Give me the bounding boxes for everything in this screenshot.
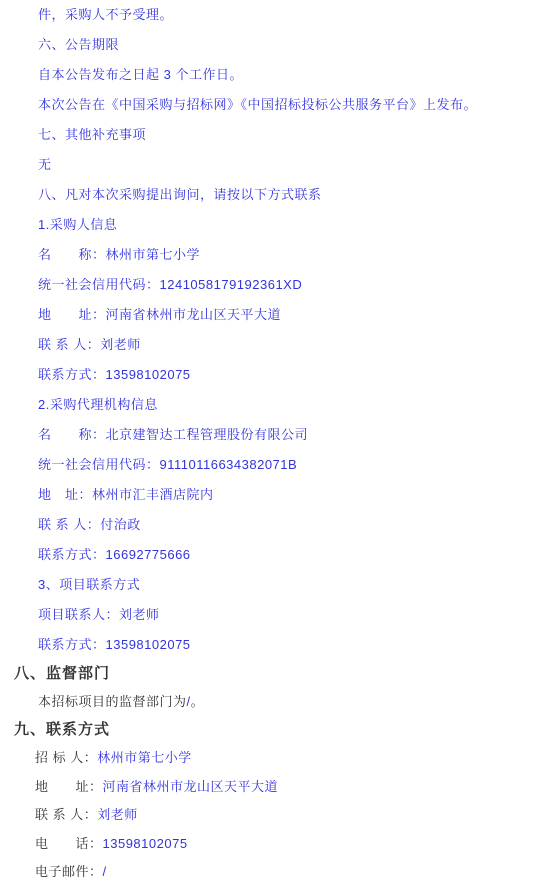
address-row: 地 址：河南省林州市龙山区天平大道 <box>0 773 552 802</box>
address-value: 河南省林州市龙山区天平大道 <box>103 779 279 794</box>
email-label: 电子邮件： <box>35 864 103 879</box>
purchaser-name-line: 名 称：林州市第七小学 <box>0 240 552 270</box>
phone-label: 电 话： <box>35 836 103 851</box>
email-value: / <box>103 864 107 879</box>
tenderer-value: 林州市第七小学 <box>97 750 192 765</box>
purchaser-contact-line: 联 系 人：刘老师 <box>0 330 552 360</box>
purchaser-info-heading: 1.采购人信息 <box>0 210 552 240</box>
supervision-text-before: 本招标项目的监督部门为 <box>38 694 187 709</box>
agency-phone-line: 联系方式：16692775666 <box>0 540 552 570</box>
supervision-text-line: 本招标项目的监督部门为/。 <box>0 688 552 716</box>
supervision-section-heading: 八、监督部门 <box>0 660 552 688</box>
project-contact-line: 项目联系人：刘老师 <box>0 600 552 630</box>
tenderer-row: 招 标 人：林州市第七小学 <box>0 744 552 773</box>
purchaser-phone-line: 联系方式：13598102075 <box>0 360 552 390</box>
contact-person-label: 联 系 人： <box>35 807 97 822</box>
agency-contact-line: 联 系 人：付治政 <box>0 510 552 540</box>
agency-name-line: 名 称：北京建智达工程管理股份有限公司 <box>0 420 552 450</box>
purchaser-uscc-line: 统一社会信用代码：1241058179192361XD <box>0 270 552 300</box>
section-8-inquiry-heading: 八、凡对本次采购提出询问，请按以下方式联系 <box>0 180 552 210</box>
publish-platforms-line: 本次公告在《中国采购与招标网》《中国招标投标公共服务平台》上发布。 <box>0 90 552 120</box>
agency-uscc-line: 统一社会信用代码：91110116634382071B <box>0 450 552 480</box>
contact-person-row: 联 系 人：刘老师 <box>0 801 552 830</box>
contact-person-value: 刘老师 <box>97 807 138 822</box>
project-phone-line: 联系方式：13598102075 <box>0 630 552 660</box>
purchaser-address-line: 地 址：河南省林州市龙山区天平大道 <box>0 300 552 330</box>
phone-row: 电 话：13598102075 <box>0 830 552 859</box>
section-7-heading: 七、其他补充事项 <box>0 120 552 150</box>
agency-info-heading: 2.采购代理机构信息 <box>0 390 552 420</box>
tenderer-label: 招 标 人： <box>35 750 97 765</box>
notice-tail-line: 件，采购人不予受理。 <box>0 0 552 30</box>
email-row: 电子邮件：/ <box>0 858 552 887</box>
announcement-period-line: 自本公告发布之日起 3 个工作日。 <box>0 60 552 90</box>
procurement-announcement-page: 件，采购人不予受理。 六、公告期限 自本公告发布之日起 3 个工作日。 本次公告… <box>0 0 552 887</box>
none-line: 无 <box>0 150 552 180</box>
supervision-text-after: 。 <box>191 694 205 709</box>
section-6-heading: 六、公告期限 <box>0 30 552 60</box>
agency-address-line: 地 址：林州市汇丰酒店院内 <box>0 480 552 510</box>
project-contact-heading: 3、项目联系方式 <box>0 570 552 600</box>
phone-value: 13598102075 <box>103 836 188 851</box>
address-label: 地 址： <box>35 779 103 794</box>
contact-section-heading: 九、联系方式 <box>0 716 552 744</box>
